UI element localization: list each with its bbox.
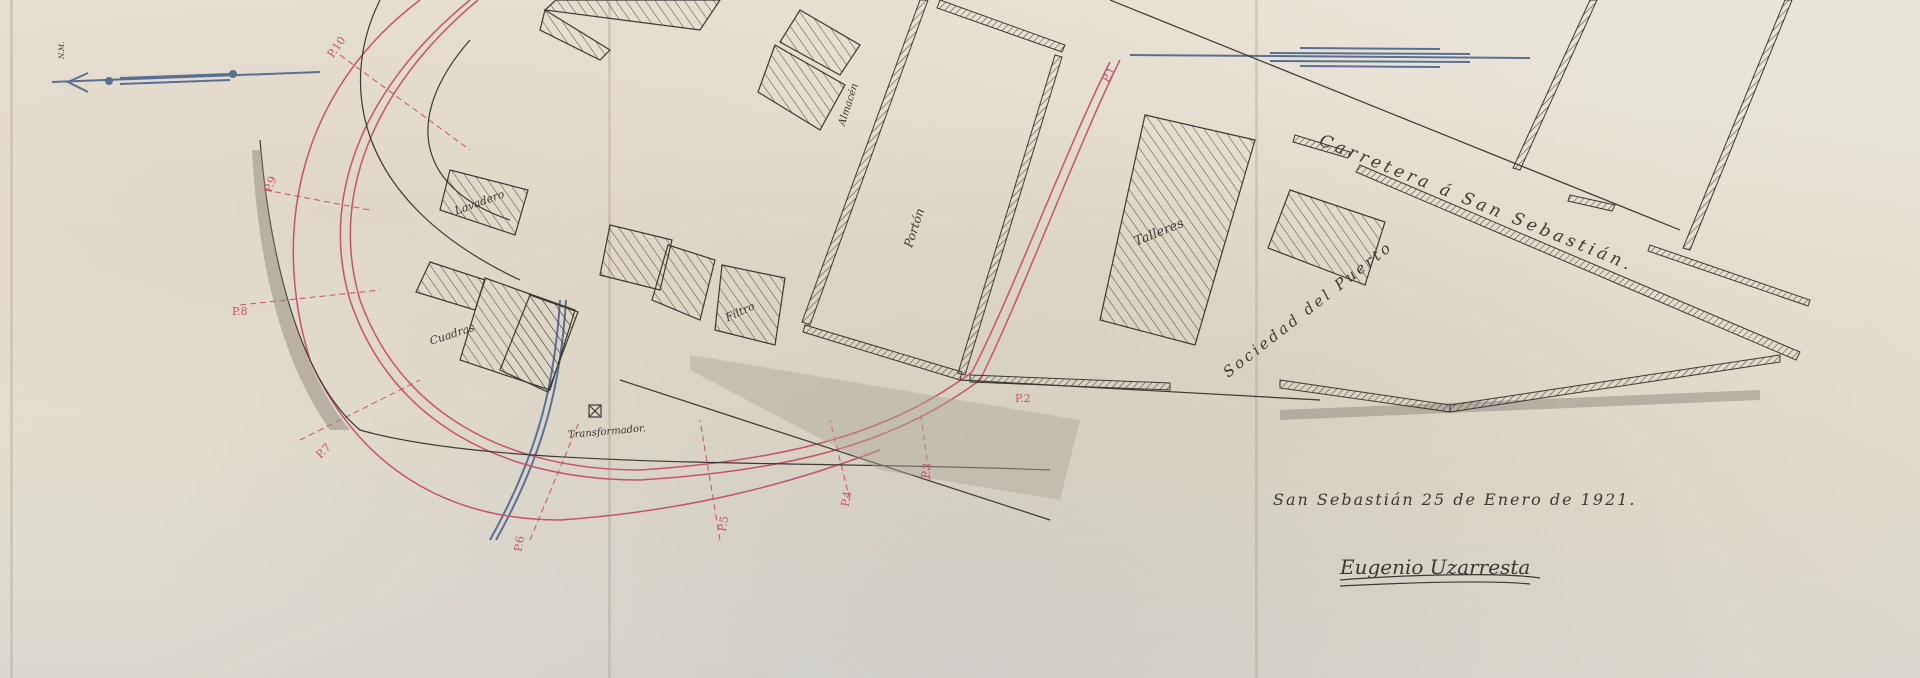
signature-flourish — [0, 0, 1920, 678]
scanned-site-plan: Lavadero Cuadras Filtro Almacén Portón T… — [0, 0, 1920, 678]
